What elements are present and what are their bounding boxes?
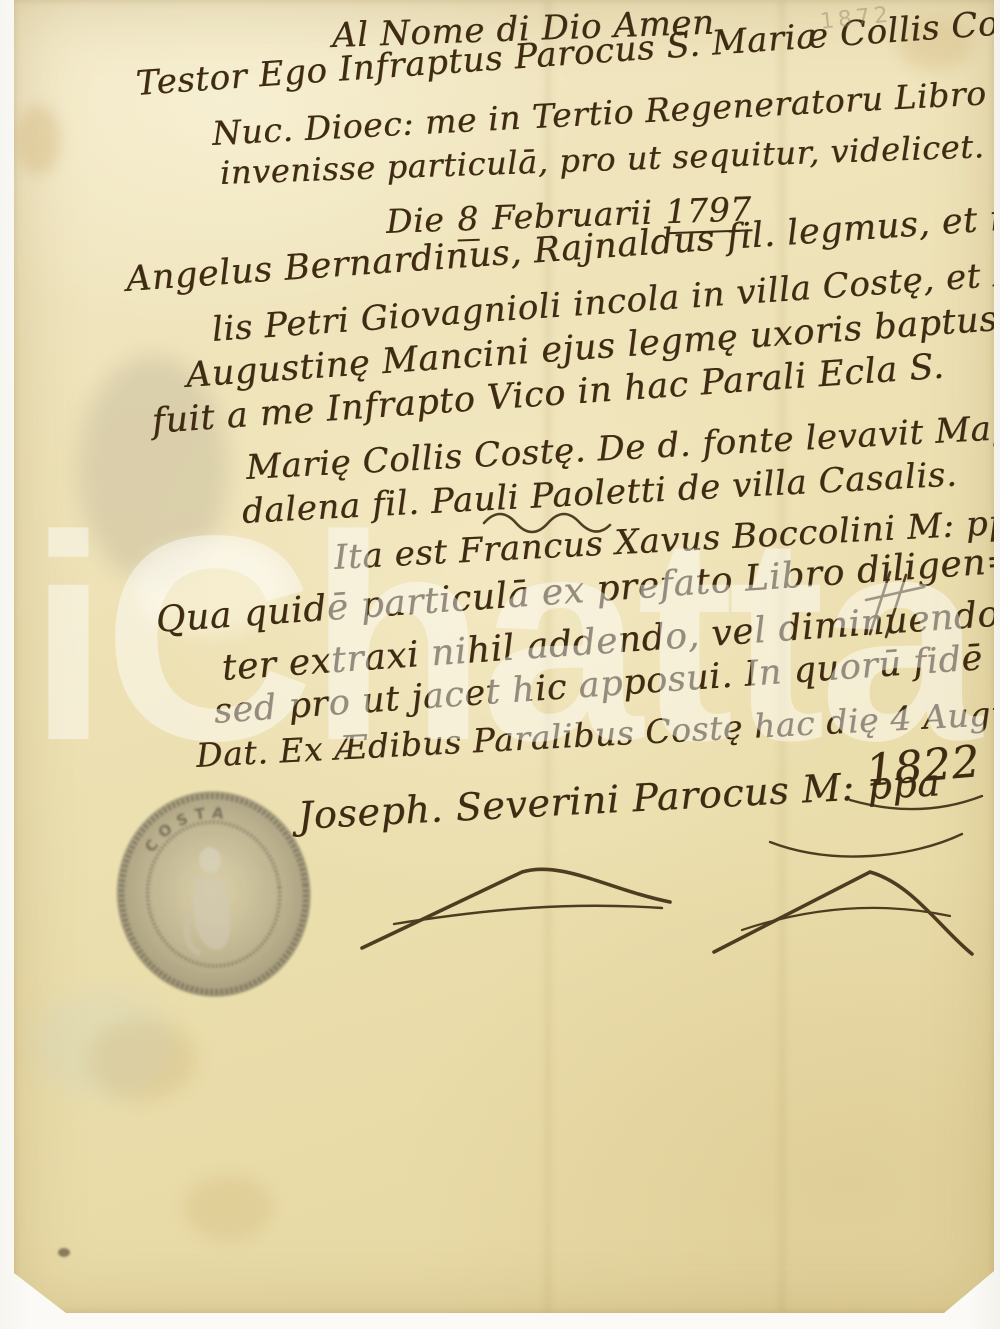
paper-stain (88, 1020, 198, 1100)
paper-stain (16, 105, 60, 175)
paper-stain (184, 1175, 274, 1241)
date-word: Die (385, 200, 445, 241)
parish-ink-seal: COSTA (99, 776, 329, 1019)
paper-speck (58, 1248, 70, 1257)
signature: Joseph. Severini Parocus M: ppa (297, 760, 942, 838)
manuscript-page: 1872 Al Nome di Dio Amen Testor Ego Infr… (14, 0, 994, 1313)
document-scan: 1872 Al Nome di Dio Amen Testor Ego Infr… (0, 0, 1000, 1329)
